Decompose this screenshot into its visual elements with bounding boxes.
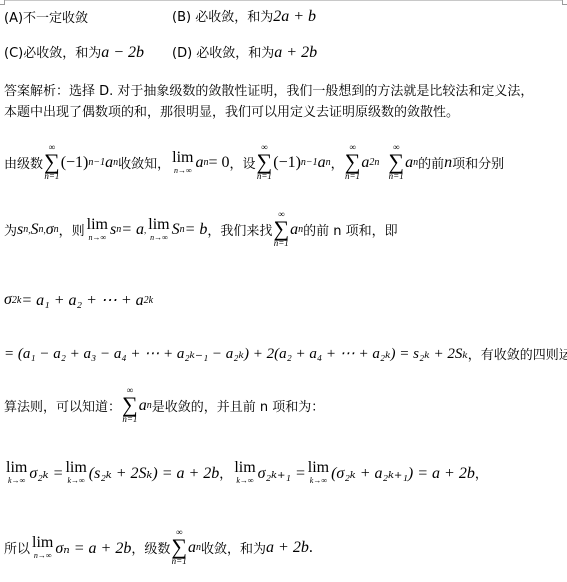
option-d: (D) 必收敛，和为a + 2b [172, 42, 317, 62]
limit-symbol: limn→∞ [172, 150, 193, 175]
option-a: (A)不一定收敛 [4, 7, 172, 26]
formula-decomposition: = (a₁ − a₂ + a₃ − a₄ + ⋯ + a₂ₖ₋₁ − a₂ₖ) … [4, 344, 567, 363]
option-b: (B) 必收敛，和为2a + b [172, 6, 316, 26]
summation-symbol: ∞∑n=1 [171, 528, 187, 567]
paragraph-series-setup: 由级数 ∞∑n=1 (−1)n−1an 收敛知， limn→∞ an = 0 ，… [4, 143, 504, 182]
page-corner-right [562, 0, 567, 5]
limit-symbol: limn→∞ [32, 535, 53, 560]
option-c: (C)必收敛，和为a − 2b [4, 42, 172, 62]
summation-symbol: ∞∑n=1 [122, 386, 138, 425]
limit-symbol: limk→∞ [6, 460, 27, 485]
limit-symbol: limk→∞ [65, 460, 86, 485]
summation-symbol: ∞∑n=1 [257, 143, 273, 182]
analysis-line-1: 答案解析：选择 D. 对于抽象级数的敛散性证明，我们一般想到的方法就是比较法和定… [4, 80, 533, 99]
limit-symbol: limn→∞ [87, 217, 108, 242]
formula-limits: limk→∞ σ₂ₖ = limk→∞ (s₂ₖ + 2Sₖ) = a + 2b… [4, 460, 488, 485]
options-row-cd: (C)必收敛，和为a − 2b (D) 必收敛，和为a + 2b [4, 42, 317, 62]
summation-symbol: ∞∑n=1 [388, 143, 404, 182]
limit-symbol: limk→∞ [234, 460, 255, 485]
paragraph-final-answer: 所以 limn→∞ σₙ = a + 2b ，级数 ∞∑n=1 an 收敛，和为… [4, 528, 313, 567]
paragraph-partial-sums: 为 sn, Sn, σn ，则 limn→∞ sn = a, limn→∞ Sn… [4, 210, 398, 249]
summation-symbol: ∞∑n=1 [273, 210, 289, 249]
limit-symbol: limn→∞ [148, 217, 169, 242]
page-top-border [5, 0, 562, 1]
page-corner-left [0, 0, 5, 5]
summation-symbol: ∞∑n=1 [44, 143, 60, 182]
summation-symbol: ∞∑n=1 [345, 143, 361, 182]
limit-symbol: limk→∞ [308, 460, 329, 485]
paragraph-conclusion-convergent: 算法则，可以知道： ∞∑n=1 an 是收敛的，并且前 n 项和为： [4, 386, 324, 425]
options-row-ab: (A)不一定收敛 (B) 必收敛，和为2a + b [4, 6, 316, 26]
analysis-line-2: 本题中出现了偶数项的和，那很明显，我们可以用定义去证明原级数的敛散性。 [4, 101, 459, 120]
formula-sigma-2k: σ2k = a₁ + a₂ + ⋯ + a2k [4, 290, 153, 310]
